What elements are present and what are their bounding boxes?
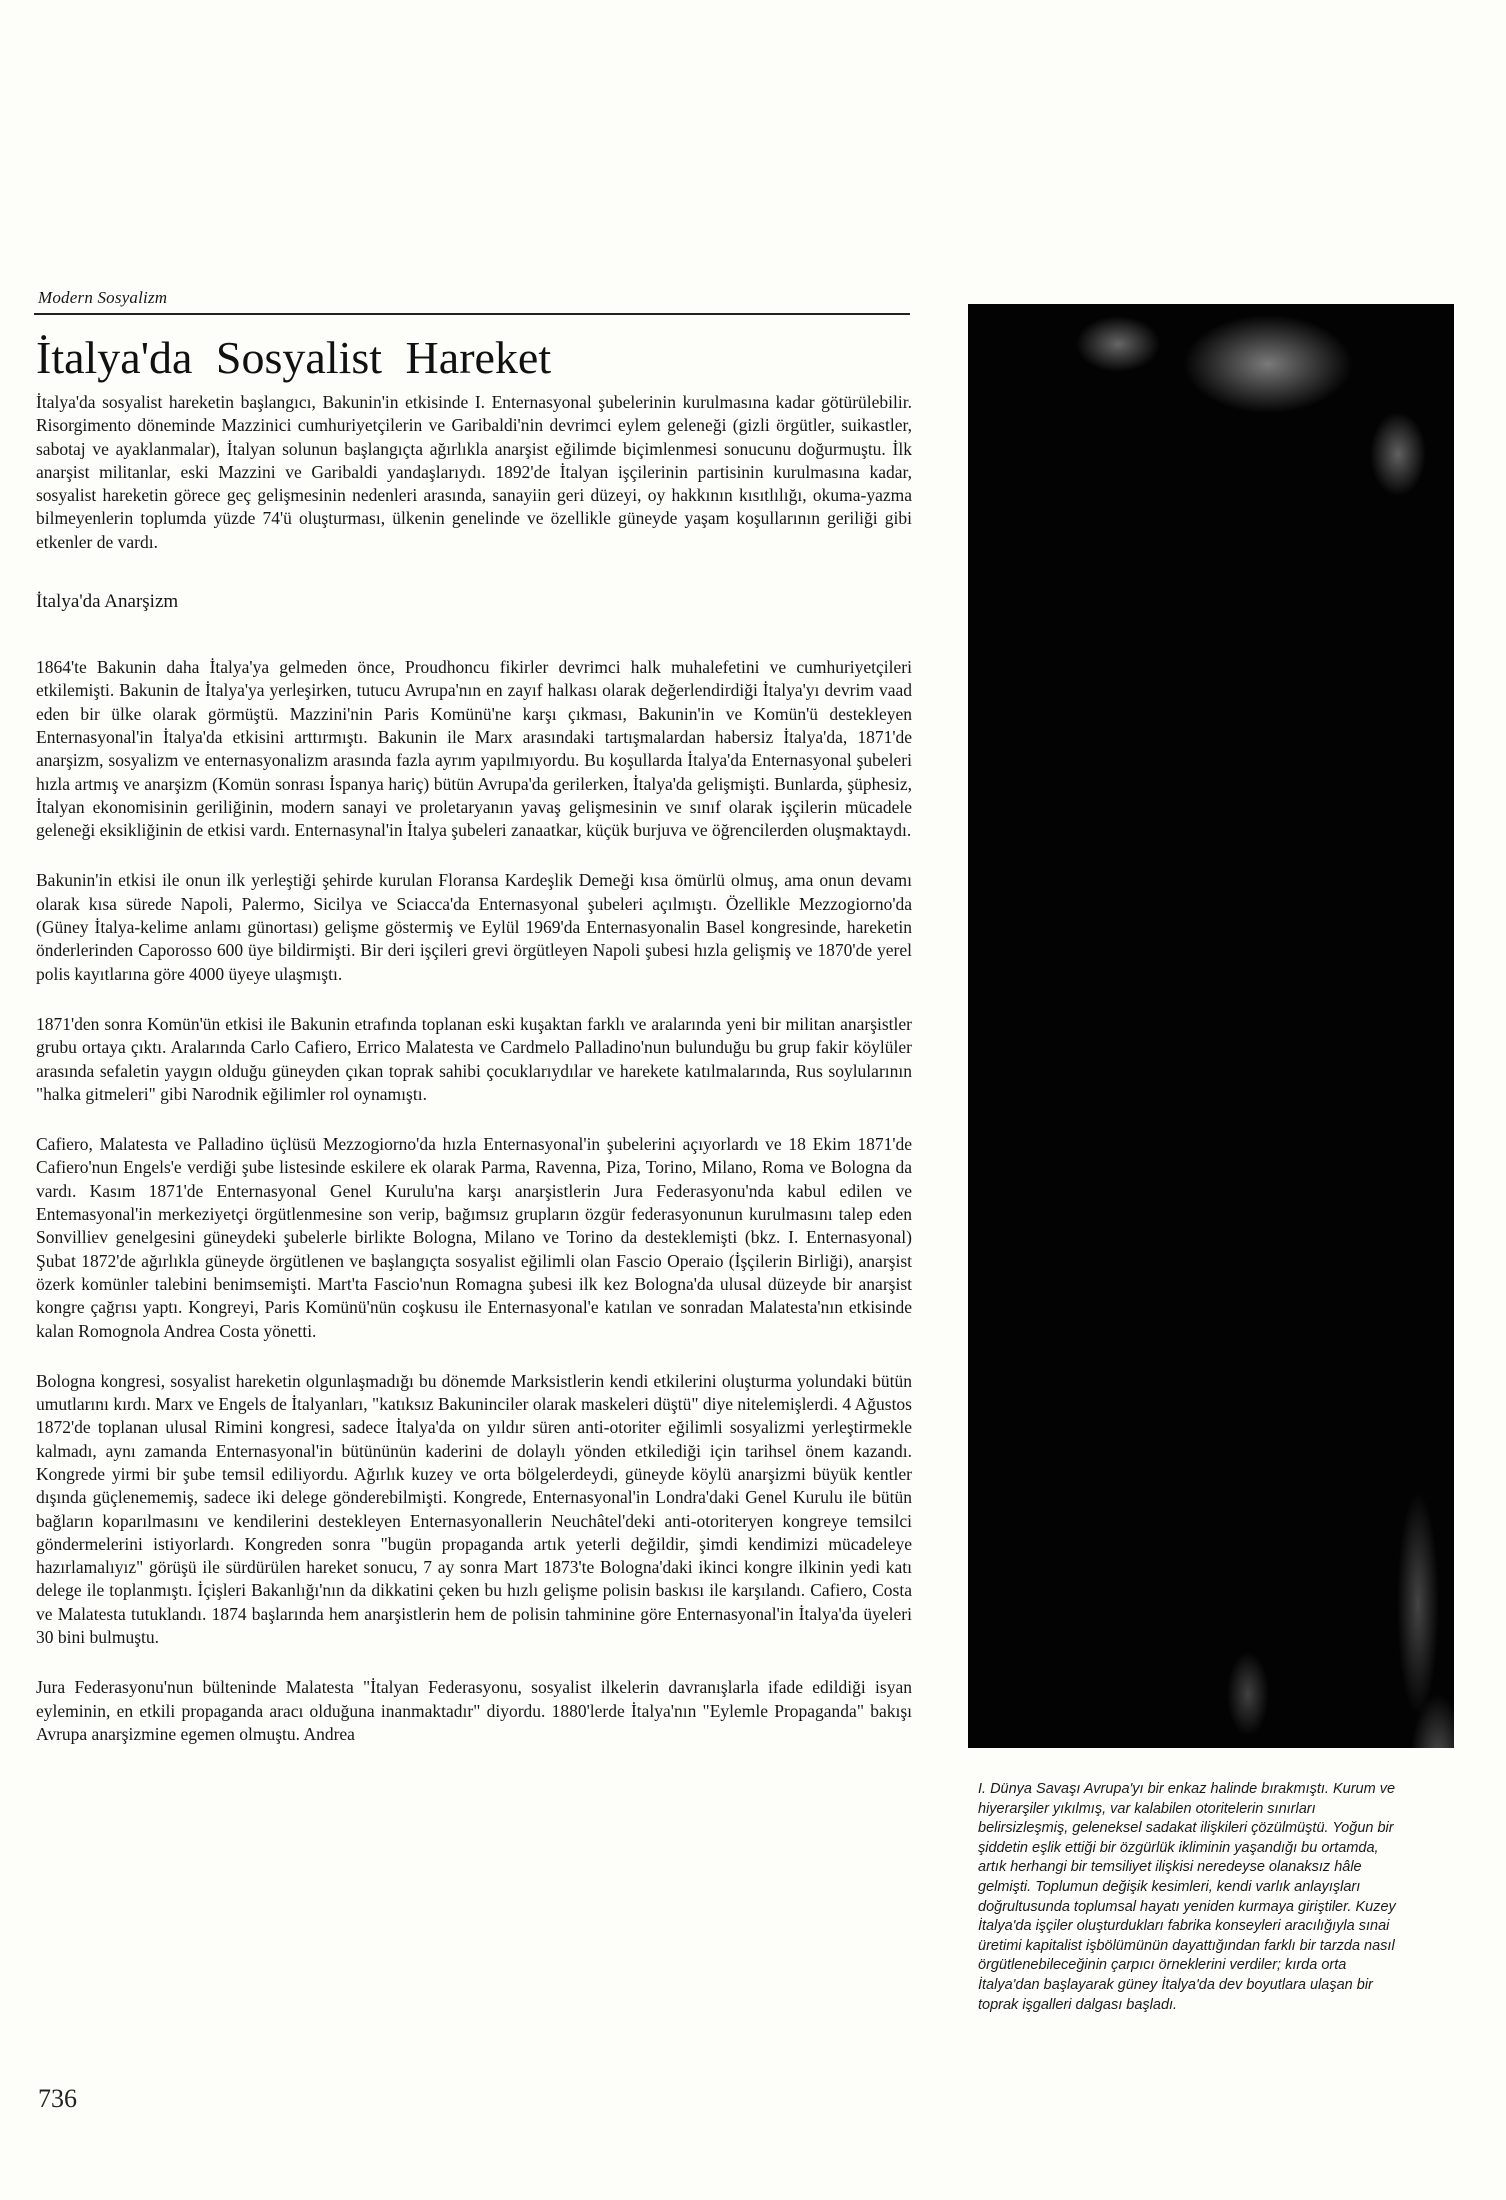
running-head: Modern Sosyalizm — [38, 288, 167, 308]
figure-caption: I. Dünya Savaşı Avrupa'yı bir enkaz hali… — [978, 1780, 1408, 2015]
body-paragraph: 1864'te Bakunin daha İtalya'ya gelmeden … — [36, 656, 912, 842]
body-paragraph: 1871'den sonra Komün'ün etkisi ile Bakun… — [36, 1013, 912, 1106]
figure-photo — [968, 304, 1454, 1748]
body-paragraph: Bakunin'in etkisi ile onun ilk yerleştiğ… — [36, 869, 912, 985]
header-rule — [34, 313, 910, 315]
intro-paragraph: İtalya'da sosyalist hareketin başlangıcı… — [36, 391, 912, 554]
page-number: 736 — [38, 2084, 77, 2114]
body-paragraph: Jura Federasyonu'nun bülteninde Malatest… — [36, 1676, 912, 1746]
body-paragraph: Cafiero, Malatesta ve Palladino üçlüsü M… — [36, 1133, 912, 1343]
article-title: İtalya'da Sosyalist Hareket — [36, 330, 551, 386]
section-heading: İtalya'da Anarşizm — [36, 590, 912, 614]
body-paragraph: Bologna kongresi, sosyalist hareketin ol… — [36, 1370, 912, 1650]
main-column: İtalya'da sosyalist hareketin başlangıcı… — [36, 391, 912, 1746]
